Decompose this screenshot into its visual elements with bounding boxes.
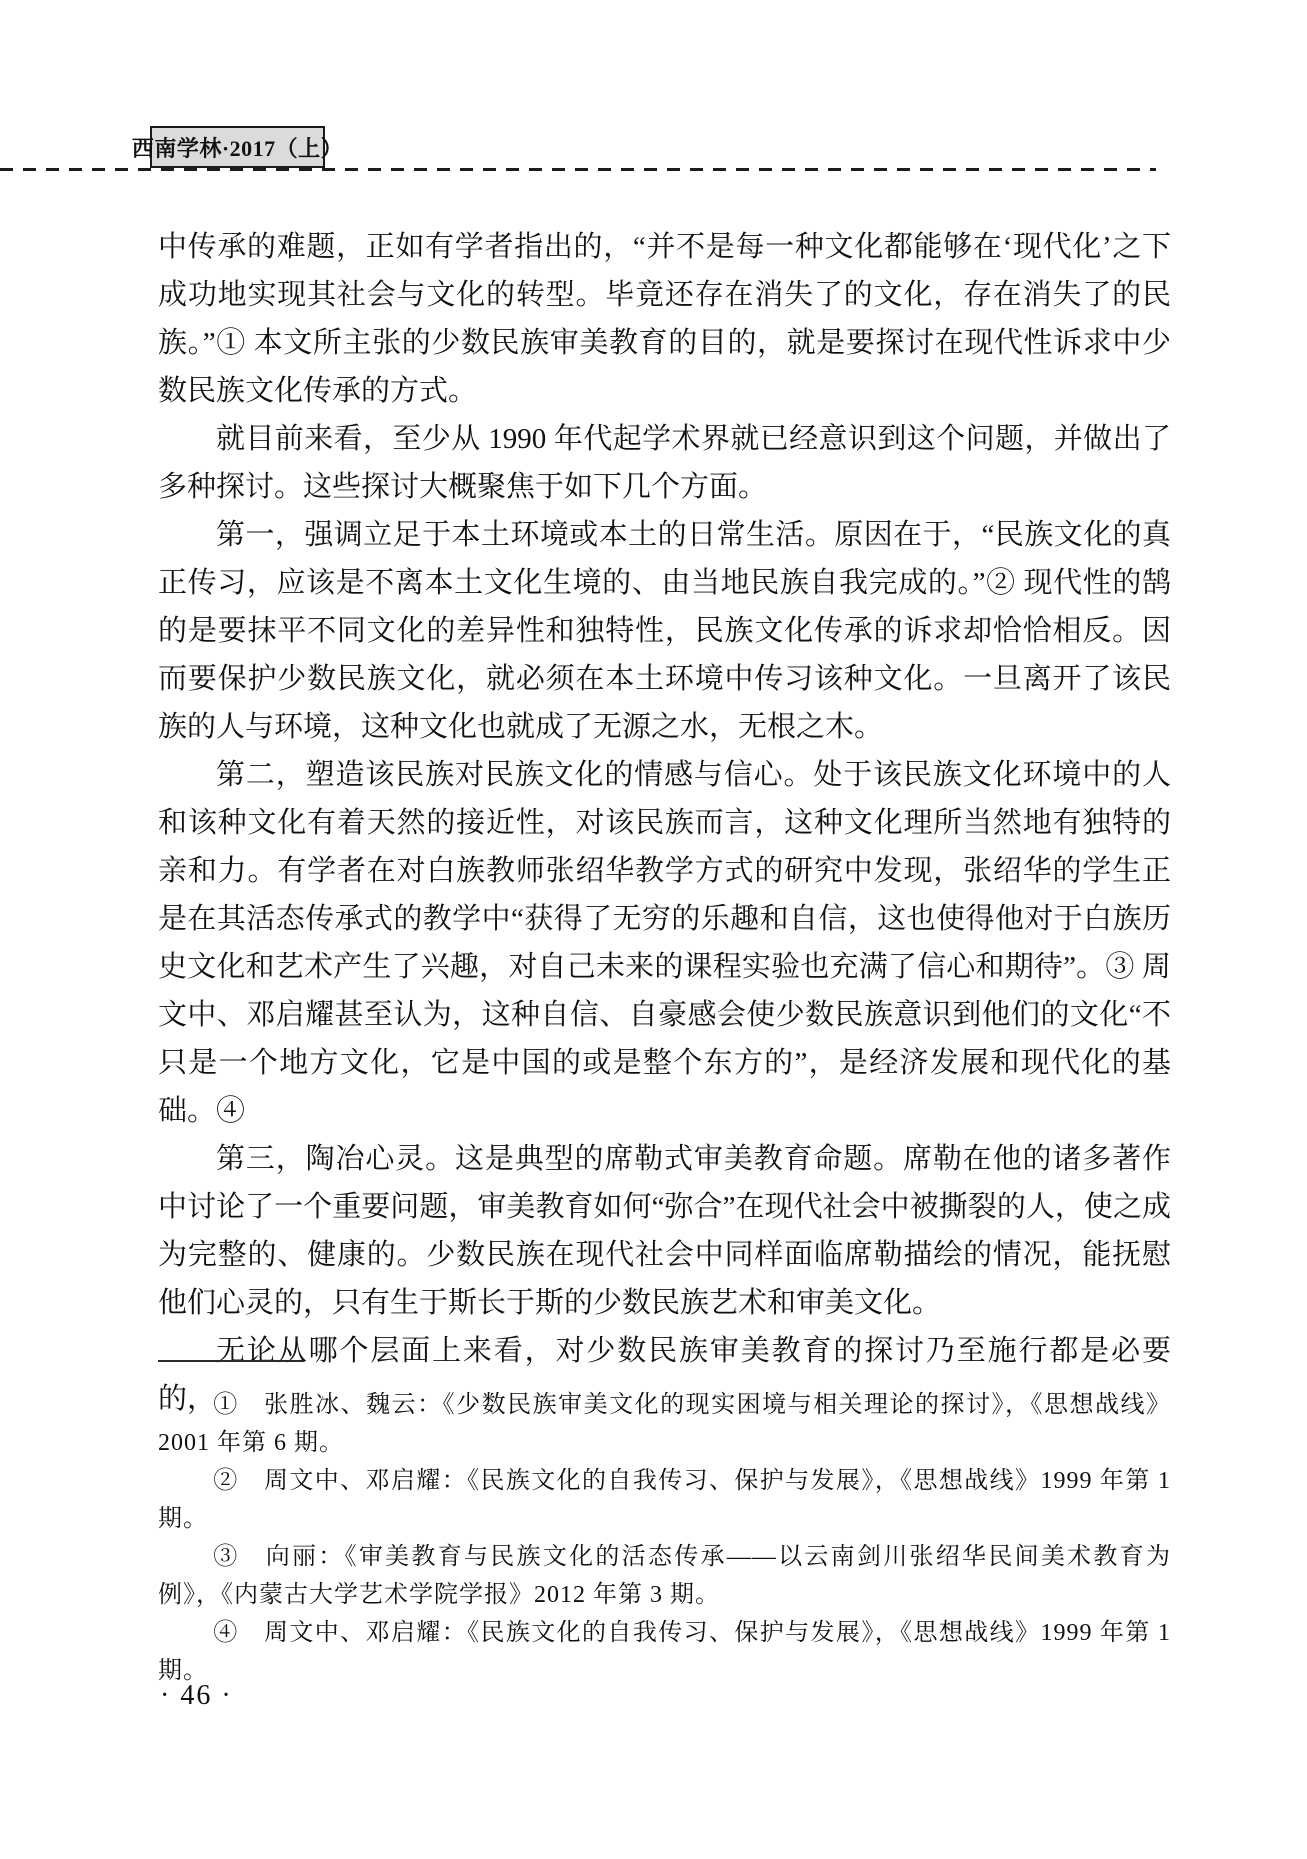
body-paragraph: 中传承的难题，正如有学者指出的，“并不是每一种文化都能够在‘现代化’之下成功地实…: [158, 223, 1171, 415]
page-number: · 46 ·: [160, 1680, 233, 1712]
body-paragraph: 就目前来看，至少从 1990 年代起学术界就已经意识到这个问题，并做出了多种探讨…: [158, 415, 1171, 511]
article-body: 中传承的难题，正如有学者指出的，“并不是每一种文化都能够在‘现代化’之下成功地实…: [158, 223, 1171, 1423]
footnotes-block: ① 张胜冰、魏云：《少数民族审美文化的现实困境与相关理论的探讨》，《思想战线》2…: [158, 1386, 1171, 1690]
footnote-item: ① 张胜冰、魏云：《少数民族审美文化的现实困境与相关理论的探讨》，《思想战线》2…: [158, 1386, 1171, 1462]
footnote-item: ④ 周文中、邓启耀：《民族文化的自我传习、保护与发展》，《思想战线》1999 年…: [158, 1614, 1171, 1690]
body-paragraph: 第二，塑造该民族对民族文化的情感与信心。处于该民族文化环境中的人和该种文化有着天…: [158, 751, 1171, 1135]
document-page: 西南学林·2017（上） 中传承的难题，正如有学者指出的，“并不是每一种文化都能…: [0, 0, 1307, 1859]
body-paragraph: 第三，陶冶心灵。这是典型的席勒式审美教育命题。席勒在他的诸多著作中讨论了一个重要…: [158, 1135, 1171, 1327]
footnote-separator: [158, 1360, 303, 1362]
journal-header-badge: 西南学林·2017（上）: [150, 126, 325, 168]
body-paragraph: 第一，强调立足于本土环境或本土的日常生活。原因在于，“民族文化的真正传习，应该是…: [158, 511, 1171, 751]
footnote-item: ② 周文中、邓启耀：《民族文化的自我传习、保护与发展》，《思想战线》1999 年…: [158, 1462, 1171, 1538]
header-dashed-rule: [0, 168, 1156, 171]
footnote-item: ③ 向丽：《审美教育与民族文化的活态传承——以云南剑川张绍华民间美术教育为例》，…: [158, 1538, 1171, 1614]
journal-title: 西南学林·2017（上）: [132, 132, 343, 163]
